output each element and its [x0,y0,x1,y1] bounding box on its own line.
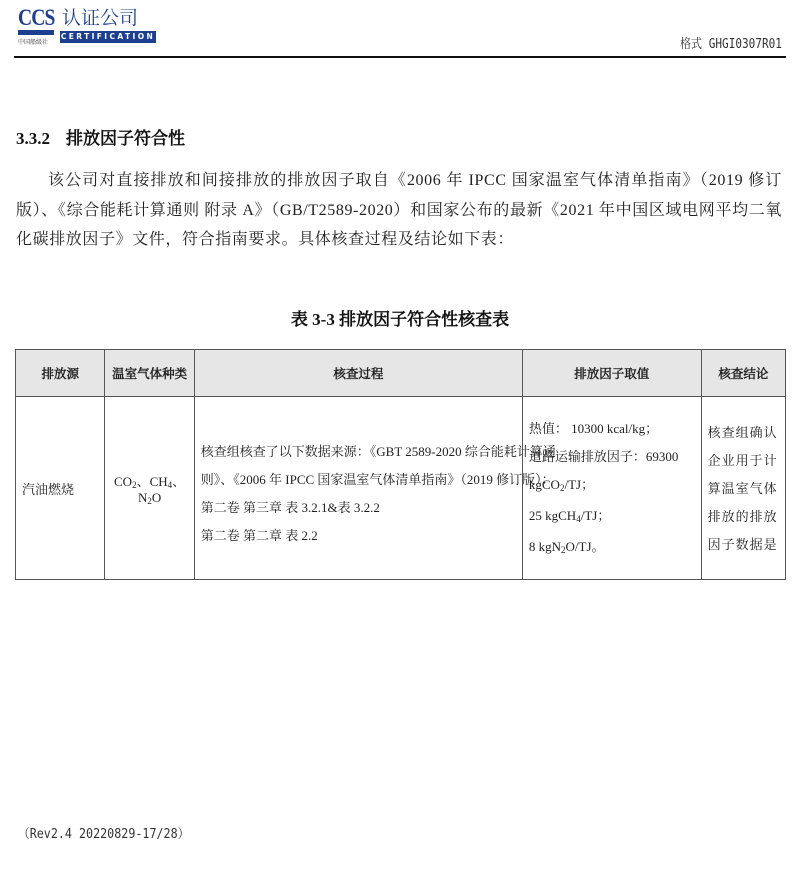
value-line: 25 kgCH4/TJ； [529,502,697,533]
table-caption: 表 3-3 排放因子符合性核查表 [0,305,800,330]
revision-footer: （Rev2.4 20220829-17/28） [18,823,189,842]
conclusion-line: 企业用于计 [708,447,783,475]
form-code: 格式 GHGI0307R01 [680,33,782,52]
header-gas-type: 温室气体种类 [105,350,194,397]
cell-gas-type: CO2、CH4、N2O [105,397,194,580]
emission-factor-table: 排放源 温室气体种类 核查过程 排放因子取值 核查结论 汽油燃烧 CO2、CH4… [15,349,786,580]
cell-factor-value: 热值： 10300 kcal/kg； 道路运输排放因子：69300 kgCO2/… [522,397,701,580]
ccs-logo: CCS 认证公司 中国船级社 CERTIFICATION [18,6,143,44]
header-conclusion: 核查结论 [701,350,785,397]
header-process: 核查过程 [194,350,522,397]
conclusion-line: 算温室气体 [708,475,783,503]
section-heading: 3.3.2排放因子符合性 [16,124,185,149]
conclusion-line: 排放的排放 [708,503,783,531]
cell-conclusion: 核查组确认 企业用于计 算温室气体 排放的排放 因子数据是 [701,397,785,580]
process-line: 第二卷 第二章 表 2.2 [201,522,518,550]
value-line: 道路运输排放因子：69300 [529,443,697,471]
table-row: 汽油燃烧 CO2、CH4、N2O 核查组核查了以下数据来源：《GBT 2589-… [16,397,786,580]
section-paragraph: 该公司对直接排放和间接排放的排放因子取自《2006 年 IPCC 国家温室气体清… [16,166,782,255]
section-number: 3.3.2 [16,129,50,148]
header-source: 排放源 [16,350,105,397]
logo-ccs-text: CCS [18,6,55,30]
conclusion-line: 核查组确认 [708,419,783,447]
logo-cn-text: 认证公司 [62,6,138,30]
cell-process: 核查组核查了以下数据来源：《GBT 2589-2020 综合能耗计算通 则》、《… [194,397,522,580]
logo-certification-text: CERTIFICATION [60,31,156,43]
conclusion-line: 因子数据是 [708,531,783,559]
section-title: 排放因子符合性 [66,129,185,148]
process-line: 核查组核查了以下数据来源：《GBT 2589-2020 综合能耗计算通 [201,438,518,466]
header-factor-value: 排放因子取值 [522,350,701,397]
logo-small-bar [18,30,54,35]
value-line: 热值： 10300 kcal/kg； [529,415,697,443]
process-line: 第二卷 第三章 表 3.2.1&表 3.2.2 [201,494,518,522]
cell-source: 汽油燃烧 [16,397,105,580]
logo-small-text: 中国船级社 [18,37,48,46]
value-line: 8 kgN2O/TJ。 [529,533,697,564]
value-line: kgCO2/TJ； [529,471,697,502]
table-header-row: 排放源 温室气体种类 核查过程 排放因子取值 核查结论 [16,350,786,397]
process-line: 则》、《2006 年 IPCC 国家温室气体清单指南》（2019 修订版）： [201,466,518,494]
header-divider [14,56,786,58]
